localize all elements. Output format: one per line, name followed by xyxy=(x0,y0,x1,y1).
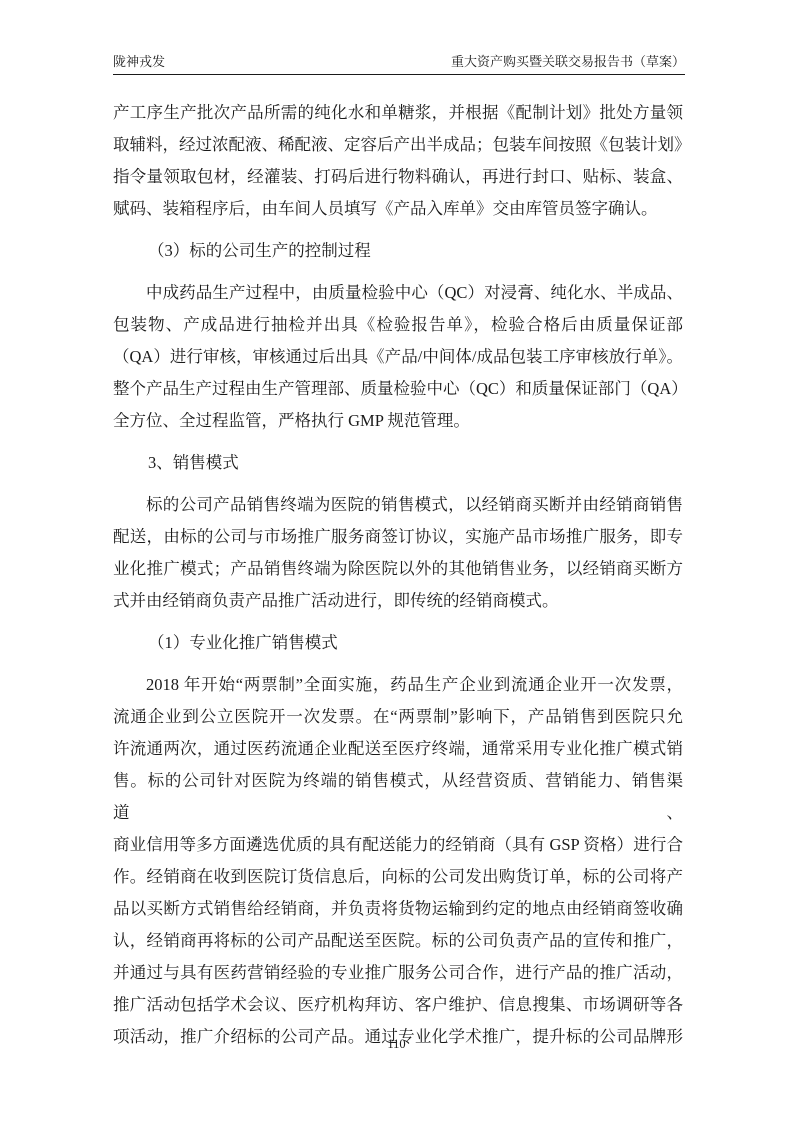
header-report-title: 重大资产购买暨关联交易报告书（草案） xyxy=(451,54,685,69)
text-line: 商业信用等多方面遴选优质的具有配送能力的经销商（具有 GSP 资格）进行合 xyxy=(113,829,683,861)
text-line: 赋码、装箱程序后，由车间人员填写《产品入库单》交由库管员签字确认。 xyxy=(113,193,683,225)
text-line: 整个产品生产过程由生产管理部、质量检验中心（QC）和质量保证部门（QA） xyxy=(113,373,683,405)
text-line: 流通企业到公立医院开一次发票。在“两票制”影响下，产品销售到医院只允 xyxy=(113,701,683,733)
text-line: 2018 年开始“两票制”全面实施，药品生产企业到流通企业开一次发票， xyxy=(113,669,683,701)
text-line: 产工序生产批次产品所需的纯化水和单糖浆，并根据《配制计划》批处方量领 xyxy=(113,97,683,129)
text-line: 并通过与具有医药营销经验的专业推广服务公司合作，进行产品的推广活动， xyxy=(113,957,683,989)
section-heading-sales-model: 3、销售模式 xyxy=(113,447,683,479)
text-line: 取辅料，经过浓配液、稀配液、定容后产出半成品；包装车间按照《包装计划》 xyxy=(113,129,683,161)
page-footer: 110 xyxy=(0,1036,793,1052)
paragraph-sales-overview: 标的公司产品销售终端为医院的销售模式，以经销商买断并由经销商销售 配送，由标的公… xyxy=(113,489,683,617)
text-line: 推广活动包括学术会议、医疗机构拜访、客户维护、信息搜集、市场调研等各 xyxy=(113,989,683,1021)
text-line: 售。标的公司针对医院为终端的销售模式，从经营资质、营销能力、销售渠道、 xyxy=(113,765,683,829)
text-line: 作。经销商在收到医院订货信息后，向标的公司发出购货订单，标的公司将产 xyxy=(113,861,683,893)
page-header: 陇神戎发 重大资产购买暨关联交易报告书（草案） xyxy=(113,0,685,75)
section-heading-professional-promotion: （1）专业化推广销售模式 xyxy=(113,627,683,659)
text-line: 包装物、产成品进行抽检并出具《检验报告单》，检验合格后由质量保证部 xyxy=(113,309,683,341)
text-line: 指令量领取包材，经灌装、打码后进行物料确认，再进行封口、贴标、装盒、 xyxy=(113,161,683,193)
page-body: 产工序生产批次产品所需的纯化水和单糖浆，并根据《配制计划》批处方量领 取辅料，经… xyxy=(113,74,683,1053)
paragraph-production-batch: 产工序生产批次产品所需的纯化水和单糖浆，并根据《配制计划》批处方量领 取辅料，经… xyxy=(113,97,683,225)
text-line: （QA）进行审核，审核通过后出具《产品/中间体/成品包装工序审核放行单》。 xyxy=(113,341,683,373)
text-line: 品以买断方式销售给经销商，并负责将货物运输到约定的地点由经销商签收确 xyxy=(113,893,683,925)
text-line: 配送，由标的公司与市场推广服务商签订协议，实施产品市场推广服务，即专 xyxy=(113,521,683,553)
paragraph-quality-control: 中成药品生产过程中，由质量检验中心（QC）对浸膏、纯化水、半成品、 包装物、产成… xyxy=(113,277,683,437)
text-line: 许流通两次，通过医药流通企业配送至医疗终端，通常采用专业化推广模式销 xyxy=(113,733,683,765)
document-page: 陇神戎发 重大资产购买暨关联交易报告书（草案） 产工序生产批次产品所需的纯化水和… xyxy=(0,0,793,1122)
text-line: 标的公司产品销售终端为医院的销售模式，以经销商买断并由经销商销售 xyxy=(113,489,683,521)
text-line: 认，经销商再将标的公司产品配送至医院。标的公司负责产品的宣传和推广， xyxy=(113,925,683,957)
text-line: 中成药品生产过程中，由质量检验中心（QC）对浸膏、纯化水、半成品、 xyxy=(113,277,683,309)
paragraph-two-invoice-system: 2018 年开始“两票制”全面实施，药品生产企业到流通企业开一次发票， 流通企业… xyxy=(113,669,683,1053)
section-heading-production-control: （3）标的公司生产的控制过程 xyxy=(113,235,683,267)
header-company-short-name: 陇神戎发 xyxy=(113,54,165,69)
text-line: 全方位、全过程监管，严格执行 GMP 规范管理。 xyxy=(113,405,683,437)
text-line: 业化推广模式；产品销售终端为除医院以外的其他销售业务，以经销商买断方 xyxy=(113,553,683,585)
text-line: 式并由经销商负责产品推广活动进行，即传统的经销商模式。 xyxy=(113,585,683,617)
page-number: 110 xyxy=(387,1037,405,1051)
